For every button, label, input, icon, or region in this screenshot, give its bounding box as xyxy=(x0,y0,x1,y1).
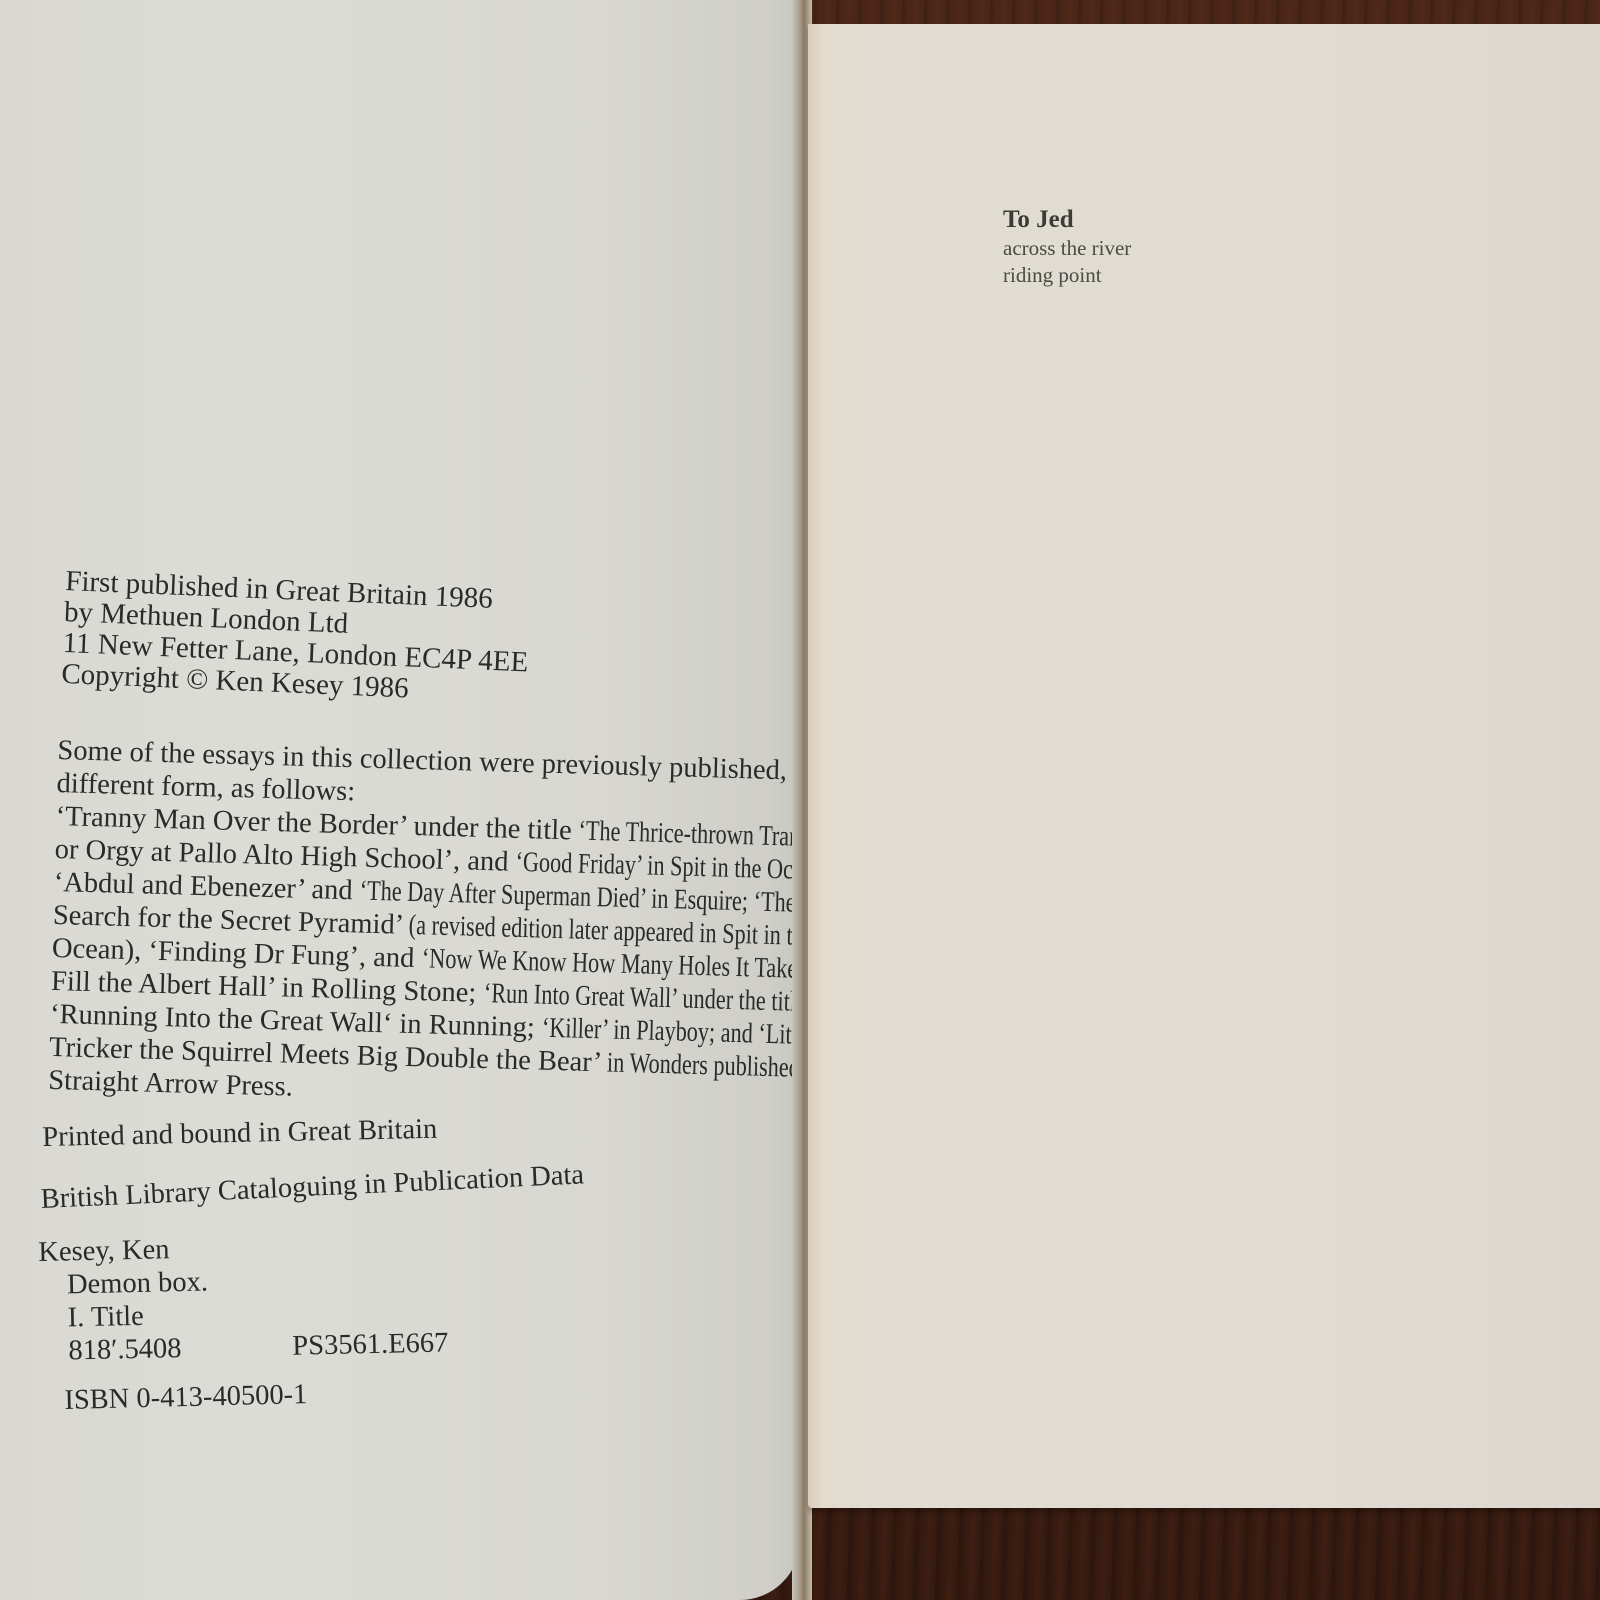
dedication-line: riding point xyxy=(1003,262,1131,289)
dedication-line: across the river xyxy=(1003,235,1131,262)
cip-lc: PS3561.E667 xyxy=(292,1327,449,1361)
previous-publication-paragraph: Some of the essays in this collection we… xyxy=(48,734,818,1118)
cip-dewey: 818′.5408 xyxy=(68,1330,293,1368)
imprint-block: First published in Great Britain 1986 by… xyxy=(61,566,532,709)
right-page-dedication xyxy=(808,24,1600,1508)
printed-bound-line: Printed and bound in Great Britain xyxy=(42,1114,438,1154)
isbn: ISBN 0-413-40500-1 xyxy=(64,1379,308,1417)
dedication-title: To Jed xyxy=(1003,205,1131,235)
dedication: To Jed across the river riding point xyxy=(1003,205,1131,289)
left-page-copyright: First published in Great Britain 1986 by… xyxy=(0,0,800,1600)
cataloguing-heading: British Library Cataloguing in Publicati… xyxy=(40,1159,585,1216)
cip-record: Kesey, Ken Demon box. I. Title 818′.5408… xyxy=(38,1227,449,1368)
